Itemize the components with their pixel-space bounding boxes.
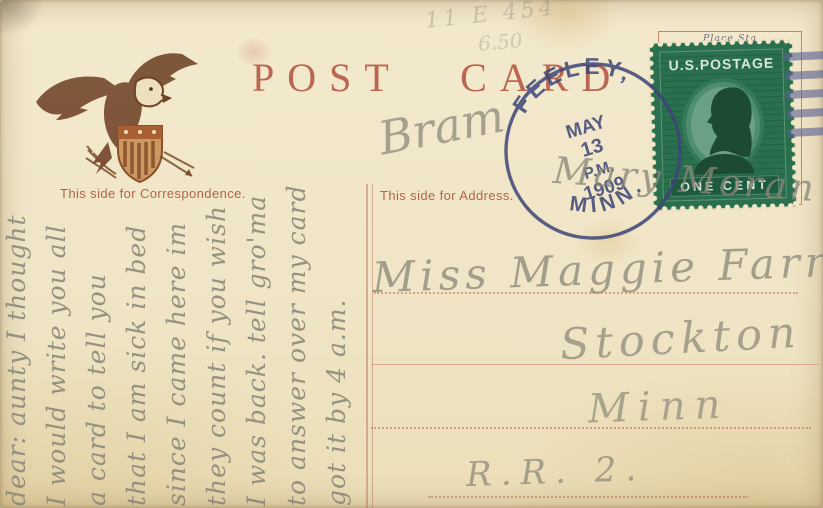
message-line: got it by 4 a.m.: [317, 0, 357, 506]
pencil-catalog-note: 11 E 454: [424, 0, 558, 34]
pencil-price-note: 6.50: [477, 28, 523, 56]
message-line: dear: aunty I thought: [0, 0, 37, 506]
postmark-town: FEELEY,: [499, 56, 644, 122]
address-state: Minn: [587, 382, 730, 433]
postcard-back: POST CARD This side for Correspondence. …: [0, 0, 823, 508]
cancellation-bar: [787, 108, 823, 118]
cancellation-bar: [784, 51, 823, 61]
message-line: I was back. tell gro'ma: [237, 0, 277, 506]
address-city: Stockton: [559, 308, 803, 371]
cancellation-bar: [788, 127, 823, 137]
address-route: R.R. 2.: [465, 449, 645, 495]
divider-line: [366, 184, 373, 508]
message-line: they count if you wish: [197, 0, 237, 506]
message-line: to answer over my card: [277, 0, 317, 506]
address-side-label: This side for Address.: [380, 188, 514, 203]
message-line: a card to tell you: [77, 0, 117, 506]
cancellation-bar: [785, 70, 823, 80]
message-line: since I came here im: [157, 0, 197, 506]
message-line: that I am sick in bed: [117, 0, 157, 506]
svg-text:FEELEY,: FEELEY,: [499, 56, 644, 122]
handwritten-message: dear: aunty I thought I would write you …: [0, 0, 365, 508]
cancellation-bars: [784, 51, 823, 148]
cancellation-bar: [786, 89, 823, 99]
address-rule-line: [428, 496, 748, 498]
message-line: I would write you all: [37, 0, 77, 506]
